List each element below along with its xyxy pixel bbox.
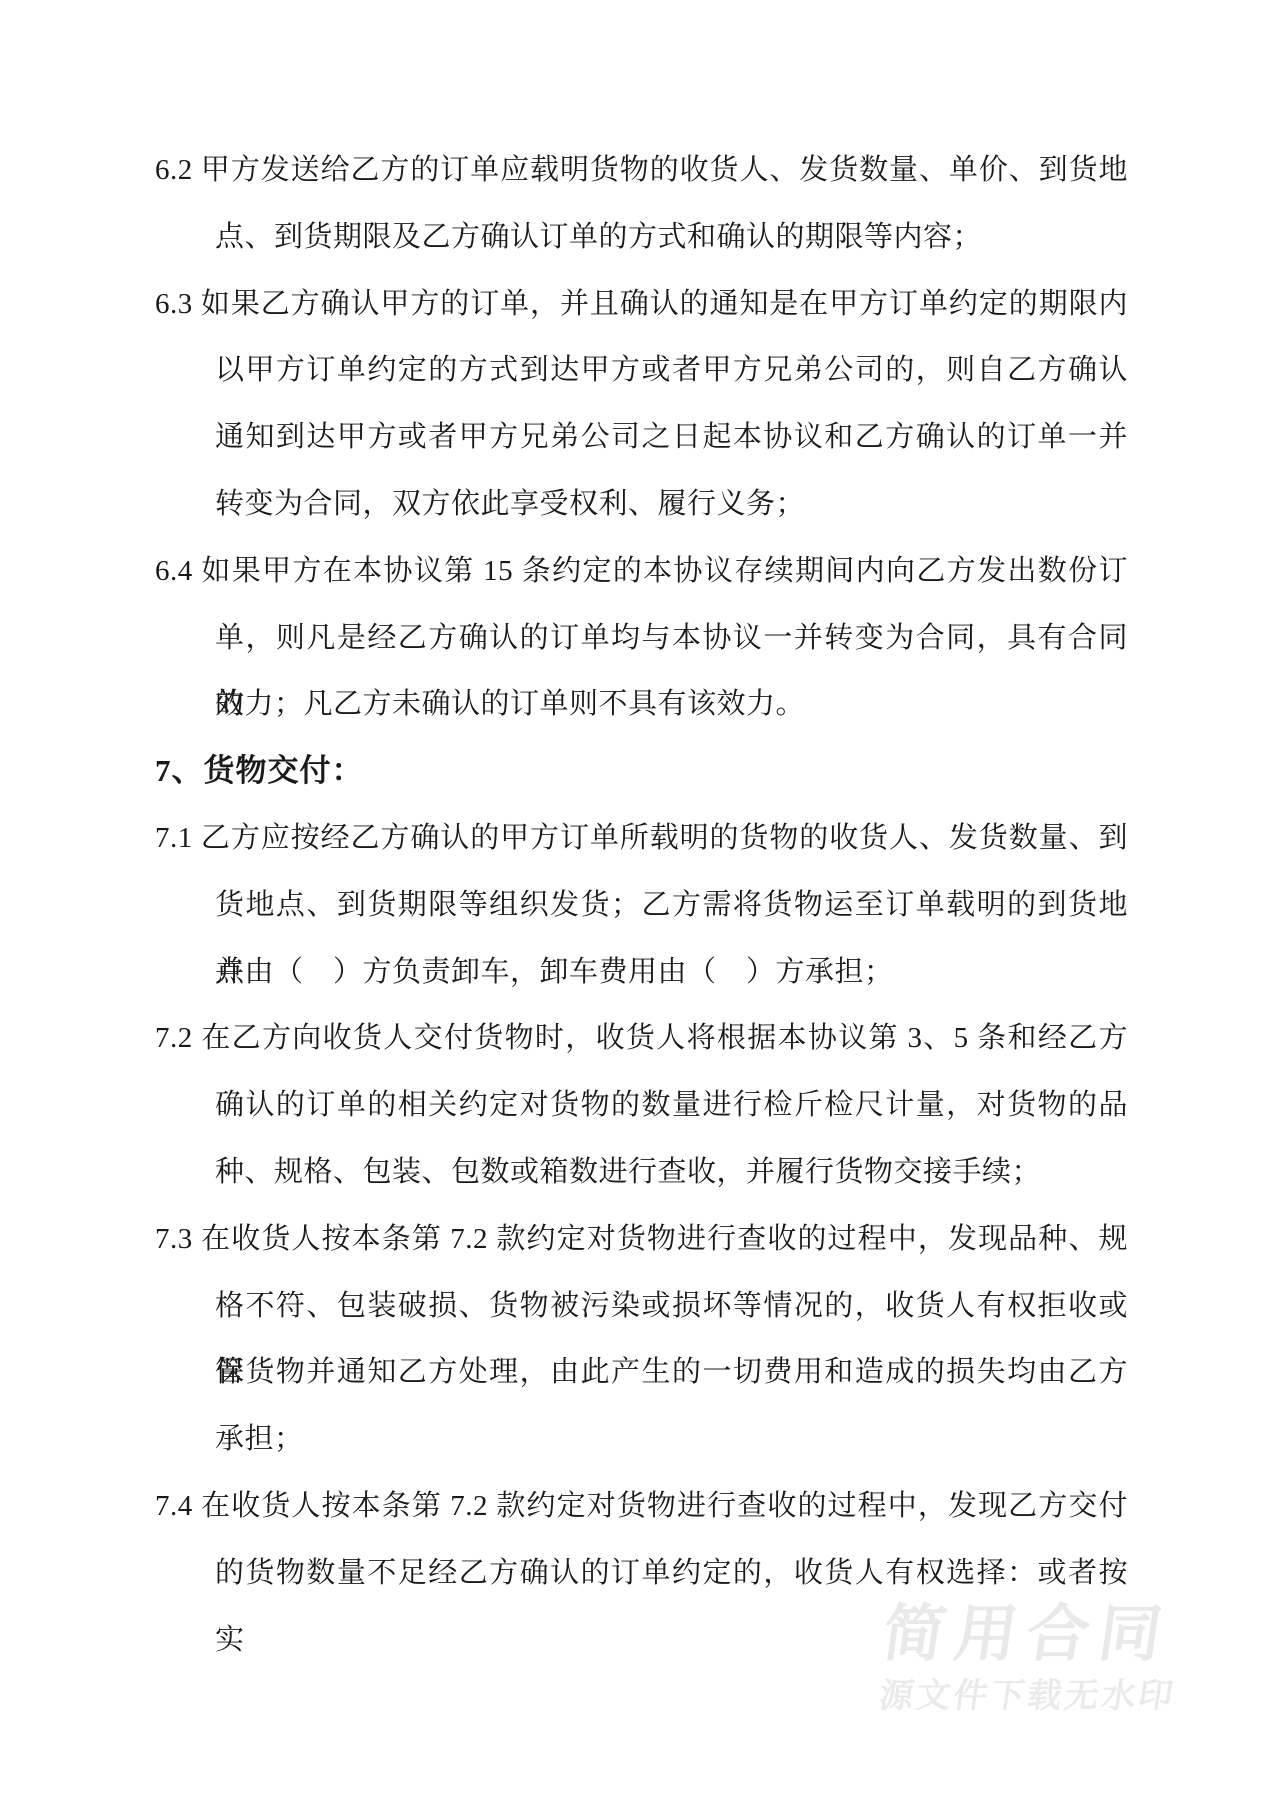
contract-text-body: 6.2 甲方发送给乙方的订单应载明货物的收货人、发货数量、单价、到货地点、到货期… xyxy=(155,137,1128,1607)
contract-line: 管货物并通知乙方处理，由此产生的一切费用和造成的损失均由乙方 xyxy=(215,1339,1128,1406)
contract-line: 7.1 乙方应按经乙方确认的甲方订单所载明的货物的收货人、发货数量、到 xyxy=(155,805,1128,872)
contract-line: 7.2 在乙方向收货人交付货物时，收货人将根据本协议第 3、5 条和经乙方 xyxy=(155,1005,1128,1072)
contract-line: 确认的订单的相关约定对货物的数量进行检斤检尺计量，对货物的品 xyxy=(215,1072,1128,1139)
contract-line: 点、到货期限及乙方确认订单的方式和确认的期限等内容； xyxy=(215,204,1128,271)
contract-line: 的货物数量不足经乙方确认的订单约定的，收货人有权选择：或者按实 xyxy=(215,1540,1128,1607)
watermark-tagline-text: 源文件下载无水印 xyxy=(877,1668,1180,1717)
contract-document-page: 6.2 甲方发送给乙方的订单应载明货物的收货人、发货数量、单价、到货地点、到货期… xyxy=(0,0,1280,1810)
contract-line: 通知到达甲方或者甲方兄弟公司之日起本协议和乙方确认的订单一并 xyxy=(215,404,1128,471)
contract-line: 转变为合同，双方依此享受权利、履行义务； xyxy=(215,471,1128,538)
contract-line: 7.4 在收货人按本条第 7.2 款约定对货物进行查收的过程中，发现乙方交付 xyxy=(155,1473,1128,1540)
contract-line: 并由（ ）方负责卸车，卸车费用由（ ）方承担； xyxy=(215,939,1128,1006)
contract-line: 6.3 如果乙方确认甲方的订单，并且确认的通知是在甲方订单约定的期限内 xyxy=(155,271,1128,338)
contract-line: 6.4 如果甲方在本协议第 15 条约定的本协议存续期间内向乙方发出数份订 xyxy=(155,538,1128,605)
contract-line: 种、规格、包装、包数或箱数进行查收，并履行货物交接手续； xyxy=(215,1139,1128,1206)
contract-line: 格不符、包装破损、货物被污染或损坏等情况的，收货人有权拒收或保 xyxy=(215,1273,1128,1340)
contract-line: 承担； xyxy=(215,1406,1128,1473)
contract-line: 7.3 在收货人按本条第 7.2 款约定对货物进行查收的过程中，发现品种、规 xyxy=(155,1206,1128,1273)
contract-line: 以甲方订单约定的方式到达甲方或者甲方兄弟公司的，则自乙方确认 xyxy=(215,337,1128,404)
contract-line: 货地点、到货期限等组织发货；乙方需将货物运至订单载明的到货地点 xyxy=(215,872,1128,939)
section-heading: 7、货物交付： xyxy=(155,738,1128,805)
contract-line: 效力；凡乙方未确认的订单则不具有该效力。 xyxy=(215,671,1128,738)
contract-line: 6.2 甲方发送给乙方的订单应载明货物的收货人、发货数量、单价、到货地 xyxy=(155,137,1128,204)
contract-line: 单，则凡是经乙方确认的订单均与本协议一并转变为合同，具有合同的 xyxy=(215,605,1128,672)
